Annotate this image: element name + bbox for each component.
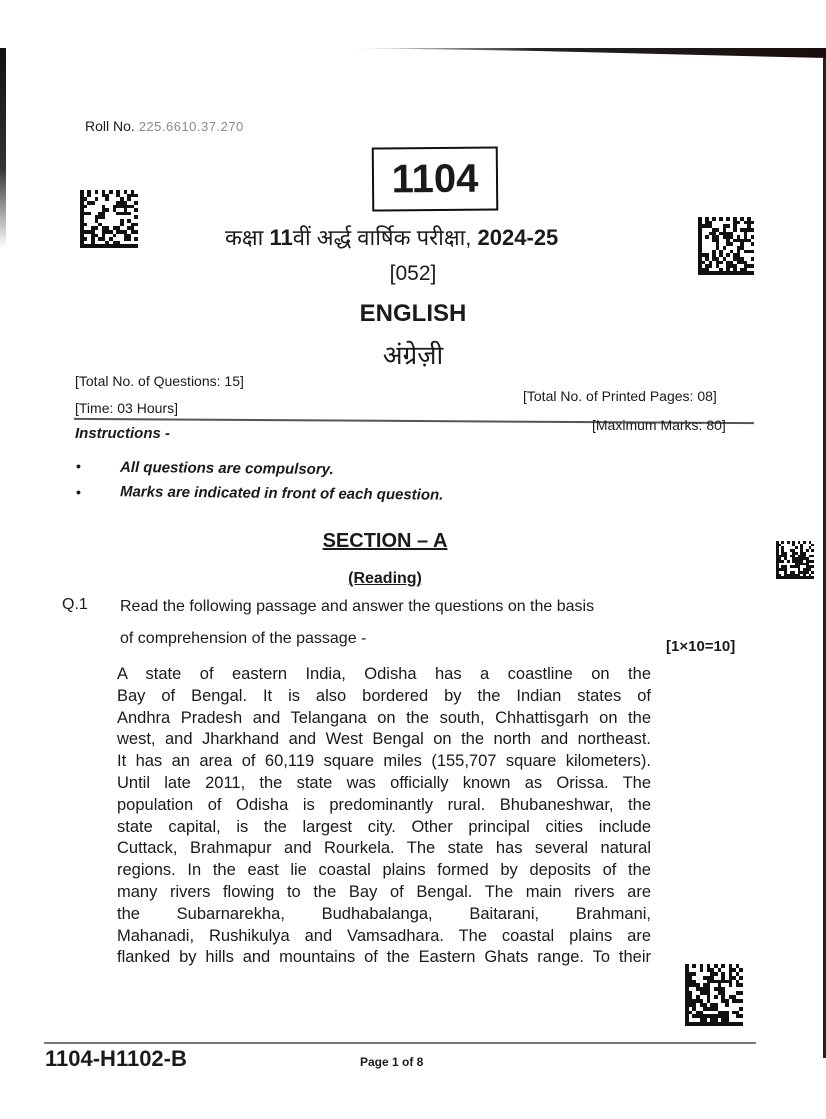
passage-line: A state of eastern India, Odisha has a c… xyxy=(117,664,651,686)
paper-code-box: 1104 xyxy=(372,146,499,211)
footer-divider xyxy=(44,1042,756,1044)
passage-line: west, and Jharkhand and West Bengal on t… xyxy=(117,729,651,751)
question-number: Q.1 xyxy=(62,596,88,614)
bullet-icon: • xyxy=(76,484,81,500)
subject-hindi: अंग्रेज़ी xyxy=(0,336,826,372)
roll-label: Roll No. xyxy=(85,118,135,134)
section-title: SECTION – A xyxy=(0,530,770,553)
qr-code-icon xyxy=(776,541,814,579)
instruction-item: Marks are indicated in front of each que… xyxy=(120,483,444,503)
subject-code: [052] xyxy=(0,262,826,286)
passage-line: the Subarnarekha, Budhabalanga, Baitaran… xyxy=(117,904,651,926)
reading-passage: A state of eastern India, Odisha has a c… xyxy=(117,664,651,969)
footer-paper-code: 1104-H1102-B xyxy=(45,1046,187,1072)
instruction-item: All questions are compulsory. xyxy=(120,459,334,478)
passage-line: flanked by hills and mountains of the Ea… xyxy=(117,947,651,969)
datamatrix-code-icon xyxy=(685,964,743,1026)
passage-line: population of Odisha is predominantly ru… xyxy=(117,795,651,817)
passage-line: Cuttack, Brahmapur and Rourkela. The sta… xyxy=(117,838,651,860)
exam-title: कक्षा 11वीं अर्द्ध वार्षिक परीक्षा, 2024… xyxy=(225,222,645,252)
total-pages: [Total No. of Printed Pages: 08] xyxy=(523,388,717,404)
bullet-icon: • xyxy=(76,458,81,474)
passage-line: regions. In the east lie coastal plains … xyxy=(117,860,651,882)
passage-line: Mahanadi, Rushikulya and Vamsadhara. The… xyxy=(117,926,651,948)
paper-code: 1104 xyxy=(391,156,478,202)
question-text-line2: of comprehension of the passage - xyxy=(120,630,366,648)
passage-line: Until late 2011, the state was officiall… xyxy=(117,773,651,795)
subject-english: ENGLISH xyxy=(0,300,826,328)
scan-shadow-top xyxy=(345,48,826,58)
exam-title-prefix: कक्षा xyxy=(225,225,269,250)
passage-line: It has an area of 60,119 square miles (1… xyxy=(117,751,651,773)
scan-shadow-left xyxy=(0,48,6,248)
exam-class: 11 xyxy=(269,225,292,250)
question-text-line1: Read the following passage and answer th… xyxy=(120,598,594,616)
datamatrix-code-icon xyxy=(80,190,138,248)
passage-line: Bay of Bengal. It is also bordered by th… xyxy=(117,686,651,708)
roll-value: 225.6610.37.270 xyxy=(139,119,244,134)
page-number: Page 1 of 8 xyxy=(360,1055,423,1069)
passage-line: many rivers flowing to the Bay of Bengal… xyxy=(117,882,651,904)
exam-title-mid: वीं अर्द्ध वार्षिक परीक्षा, xyxy=(293,225,478,250)
max-marks: [Maximum Marks: 80] xyxy=(592,417,726,433)
exam-time: [Time: 03 Hours] xyxy=(75,400,178,416)
passage-line: state capital, is the largest city. Othe… xyxy=(117,817,651,839)
total-questions: [Total No. of Questions: 15] xyxy=(75,373,244,389)
section-subtitle: (Reading) xyxy=(0,570,770,588)
passage-line: Andhra Pradesh and Telangana on the sout… xyxy=(117,708,651,730)
instructions-title: Instructions - xyxy=(75,425,170,442)
question-marks: [1×10=10] xyxy=(666,638,735,655)
exam-year: 2024-25 xyxy=(478,225,559,250)
roll-number: Roll No. 225.6610.37.270 xyxy=(85,118,244,134)
